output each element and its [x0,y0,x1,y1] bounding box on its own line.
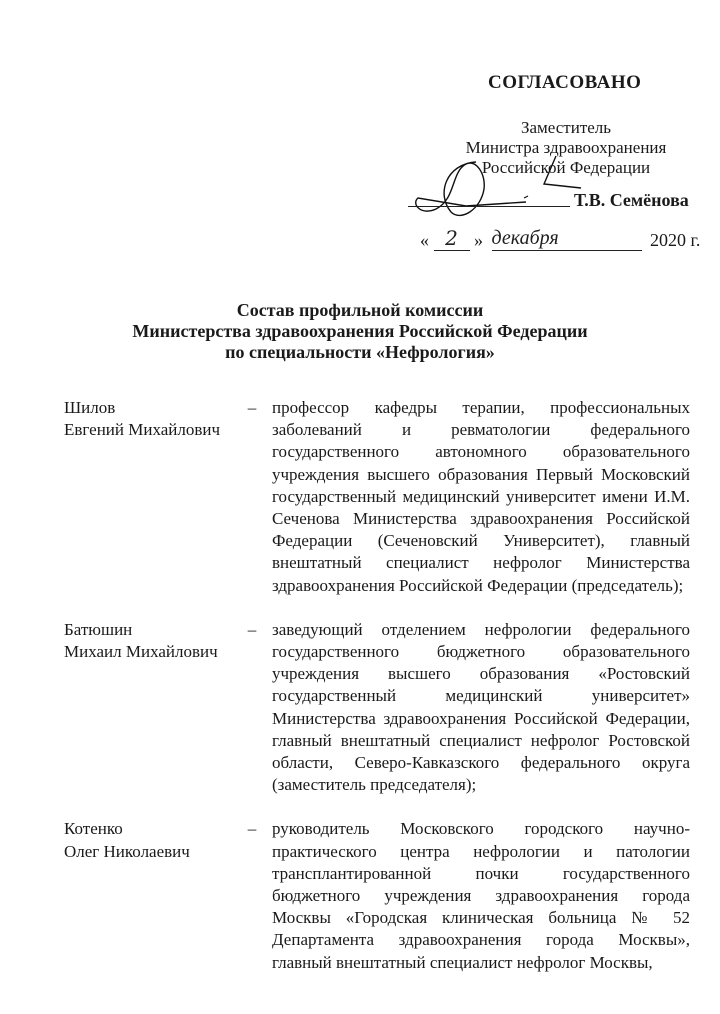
member-surname: Шилов [64,397,232,419]
title-line: Состав профильной комиссии [0,300,720,321]
member-entry: Котенко Олег Николаевич – руководитель М… [64,818,694,973]
member-surname: Батюшин [64,619,232,641]
signer-name: Т.В. Семёнова [574,190,689,211]
member-given-names: Михаил Михайлович [64,641,232,663]
dash-separator: – [232,818,272,973]
date-close-quote: » [474,230,483,251]
signature-line [408,205,570,207]
date-day: 2 [434,226,470,251]
member-entry: Батюшин Михаил Михайлович – заведующий о… [64,619,694,797]
member-surname: Котенко [64,818,232,840]
date-year: 2020 г. [650,230,700,251]
member-description: профессор кафедры терапии, профессиональ… [272,397,690,597]
approver-position-line: Заместитель [400,118,720,138]
approval-date: « 2 » декабря 2020 г. [420,226,700,251]
member-given-names: Олег Николаевич [64,841,232,863]
member-given-names: Евгений Михайлович [64,419,232,441]
approved-heading: СОГЛАСОВАНО [488,72,641,94]
handwritten-signature-icon [406,154,586,224]
date-open-quote: « [420,230,429,251]
member-name: Шилов Евгений Михайлович [64,397,232,597]
member-name: Батюшин Михаил Михайлович [64,619,232,797]
member-name: Котенко Олег Николаевич [64,818,232,973]
date-month: декабря [492,227,642,251]
member-description: заведующий отделением нефрологии федерал… [272,619,690,797]
dash-separator: – [232,397,272,597]
commission-members-list: Шилов Евгений Михайлович – профессор каф… [64,397,694,996]
document-title: Состав профильной комиссии Министерства … [0,300,720,363]
title-line: Министерства здравоохранения Российской … [0,321,720,342]
member-entry: Шилов Евгений Михайлович – профессор каф… [64,397,694,597]
member-description: руководитель Московского городского науч… [272,818,690,973]
dash-separator: – [232,619,272,797]
title-line: по специальности «Нефрология» [0,342,720,363]
